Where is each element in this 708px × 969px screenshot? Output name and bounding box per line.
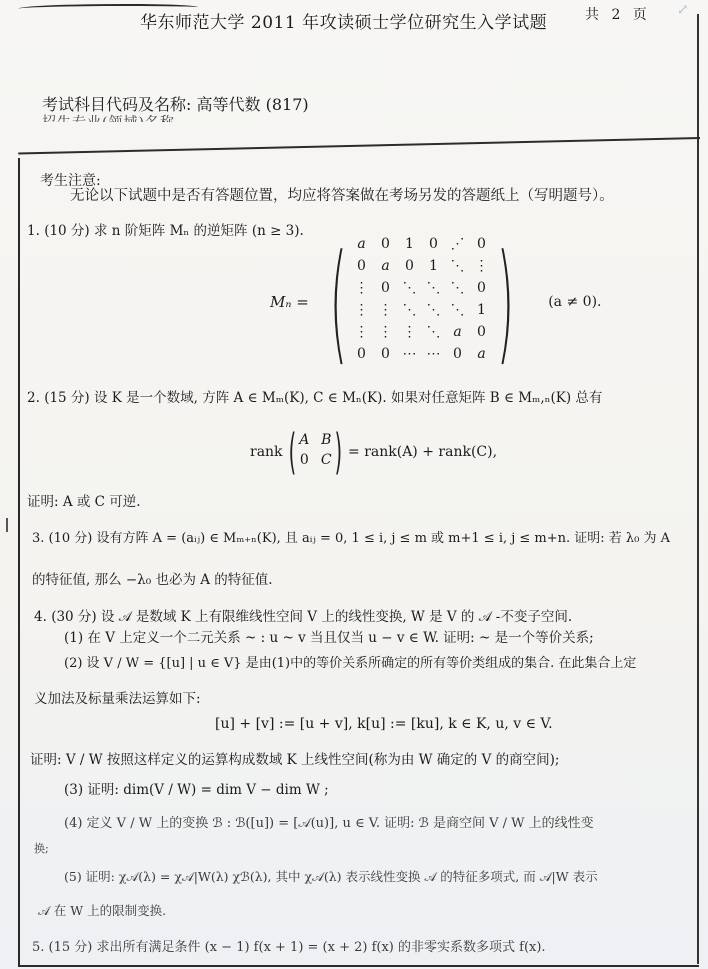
q5-number: 5. — [32, 940, 44, 955]
matrix-cell: a — [446, 324, 470, 346]
q2-points: (15 分) — [44, 390, 90, 406]
q4-number: 4. — [34, 609, 47, 625]
block-cell: 0 — [293, 452, 315, 472]
matrix-cell: 0 — [422, 236, 446, 258]
matrix-cell: ⋱ — [422, 324, 446, 346]
left-paren: ( — [329, 237, 347, 367]
matrix-cell: a — [470, 346, 494, 368]
matrix-cell: 0 — [446, 346, 470, 368]
q1-matrix: Mₙ = ( a010⋰00a01⋱⋮⋮0⋱⋱⋱0⋮⋮⋱⋱⋱1⋮⋮⋮⋱a000⋯… — [270, 236, 601, 368]
matrix-cell: ⋰ — [446, 236, 470, 258]
exam-title: 华东师范大学 2011 年攻读硕士学位研究生入学试题 — [140, 8, 547, 33]
right-paren: ) — [335, 428, 342, 476]
matrix-cell: ⋱ — [422, 280, 446, 302]
rank-rhs: = rank(A) + rank(C), — [348, 444, 497, 460]
q4-part2-line2: 义加法及标量乘法运算如下: — [34, 687, 201, 707]
matrix-cell: ⋱ — [446, 280, 470, 302]
matrix-cell: ⋱ — [398, 302, 422, 324]
matrix-cell: 1 — [470, 302, 494, 324]
matrix-cell: ⋯ — [398, 346, 422, 368]
matrix-cell: 0 — [398, 258, 422, 280]
matrix-grid: a010⋰00a01⋱⋮⋮0⋱⋱⋱0⋮⋮⋱⋱⋱1⋮⋮⋮⋱a000⋯⋯0a — [350, 236, 494, 368]
notice-text: 无论以下试题中是否有答题位置，均应将答案做在考场另发的答题纸上（写明题号）。 — [70, 184, 614, 205]
matrix-cell: ⋮ — [374, 324, 398, 346]
q4-part4-line2: 换; — [34, 840, 49, 856]
matrix-cell: 0 — [470, 280, 494, 302]
q3-line2: 的特征值, 那么 −λ₀ 也必为 A 的特征值. — [32, 568, 273, 588]
matrix-cell: ⋮ — [470, 258, 494, 280]
block-cell: A — [293, 432, 315, 452]
q2-conclusion: 证明: A 或 C 可逆. — [27, 490, 141, 510]
q4-part5-line2: 𝒜 在 W 上的限制变换. — [38, 901, 166, 919]
matrix-cell: 1 — [422, 258, 446, 280]
q4-part4-line1: (4) 定义 V / W 上的变换 ℬ : ℬ([u]) = [𝒜(u)], u… — [64, 812, 594, 831]
matrix-cell: ⋱ — [446, 302, 470, 324]
question-3: 3. (10 分) 设有方阵 A = (aᵢⱼ) ∈ Mₘ₊ₙ(K), 且 aᵢ… — [32, 527, 670, 546]
matrix-cell: ⋱ — [422, 302, 446, 324]
right-paren: ) — [496, 237, 514, 367]
q3-points: (10 分) — [49, 531, 93, 546]
q3-line1: 设有方阵 A = (aᵢⱼ) ∈ Mₘ₊ₙ(K), 且 aᵢⱼ = 0, 1 ≤… — [97, 531, 671, 546]
matrix-cell: 0 — [374, 236, 398, 258]
matrix-cell: 0 — [374, 280, 398, 302]
expand-icon[interactable]: ⤢ — [677, 2, 689, 18]
matrix-cell: ⋮ — [398, 324, 422, 346]
matrix-cell: ⋮ — [350, 280, 374, 302]
matrix-cell: ⋯ — [422, 346, 446, 368]
matrix-cell: 0 — [470, 236, 494, 258]
q4-part5-line1: (5) 证明: χ𝒜(λ) = χ𝒜|W(λ) χℬ(λ), 其中 χ𝒜(λ) … — [64, 867, 598, 885]
q2-text: 设 K 是一个数域, 方阵 A ∈ Mₘ(K), C ∈ Mₙ(K). 如果对任… — [94, 390, 602, 406]
question-1: 1. (10 分) 求 n 阶矩阵 Mₙ 的逆矩阵 (n ≥ 3). — [27, 219, 304, 239]
q4-intro: 设 𝒜 是数域 K 上有限维线性空间 V 上的线性变换, W 是 V 的 𝒜 -… — [101, 609, 572, 625]
matrix-cell: 0 — [470, 324, 494, 346]
q1-number: 1. — [27, 223, 40, 239]
q3-number: 3. — [32, 531, 44, 546]
q4-part2-proof: 证明: V / W 按照这样定义的运算构成数域 K 上线性空间(称为由 W 确定… — [30, 748, 559, 768]
matrix-cell: 1 — [398, 236, 422, 258]
subject-value: 高等代数 (817) — [197, 95, 309, 114]
page-count: 共 2 页 — [585, 4, 651, 24]
left-paren: ( — [288, 428, 295, 476]
exam-page: 华东师范大学 2011 年攻读硕士学位研究生入学试题 共 2 页 ⤢ 考试科目代… — [0, 0, 708, 969]
question-4: 4. (30 分) 设 𝒜 是数域 K 上有限维线性空间 V 上的线性变换, W… — [34, 605, 572, 625]
q1-points: (10 分) — [44, 223, 90, 239]
block-matrix: A B 0 C — [293, 432, 337, 472]
matrix-label: Mₙ = — [270, 293, 309, 311]
matrix-cell: 0 — [374, 346, 398, 368]
q4-part3: (3) 证明: dim(V / W) = dim V − dim W ; — [64, 778, 329, 798]
matrix-cell: 0 — [350, 258, 374, 280]
major-label: 招生专业(领域)名称 — [42, 112, 175, 122]
question-2: 2. (15 分) 设 K 是一个数域, 方阵 A ∈ Mₘ(K), C ∈ M… — [27, 386, 602, 406]
q4-part1: (1) 在 V 上定义一个二元关系 ~ : u ~ v 当且仅当 u − v ∈… — [64, 626, 594, 646]
question-5: 5. (15 分) 求出所有满足条件 (x − 1) f(x + 1) = (x… — [32, 936, 546, 955]
matrix-cell: a — [374, 258, 398, 280]
q5-text: 求出所有满足条件 (x − 1) f(x + 1) = (x + 2) f(x)… — [97, 940, 546, 955]
q5-points: (15 分) — [49, 940, 93, 955]
matrix-cell: 0 — [350, 346, 374, 368]
q2-rank-equation: rank ( A B 0 C ) = rank(A) + rank(C), — [250, 428, 497, 476]
matrix-cell: a — [350, 236, 374, 258]
q4-part2-line1: (2) 设 V / W = {[u] | u ∈ V} 是由(1)中的等价关系所… — [64, 652, 636, 671]
matrix-cell: ⋮ — [350, 324, 374, 346]
matrix-cell: ⋱ — [398, 280, 422, 302]
matrix-cell: ⋮ — [350, 302, 374, 324]
q4-points: (30 分) — [51, 609, 97, 625]
rank-prefix: rank — [250, 444, 283, 460]
matrix-condition: (a ≠ 0). — [548, 294, 601, 310]
scan-mark — [6, 518, 8, 532]
q4-operations: [u] + [v] := [u + v], k[u] := [ku], k ∈ … — [215, 716, 553, 732]
q2-number: 2. — [27, 390, 40, 406]
matrix-cell: ⋮ — [374, 302, 398, 324]
matrix-cell: ⋱ — [446, 258, 470, 280]
